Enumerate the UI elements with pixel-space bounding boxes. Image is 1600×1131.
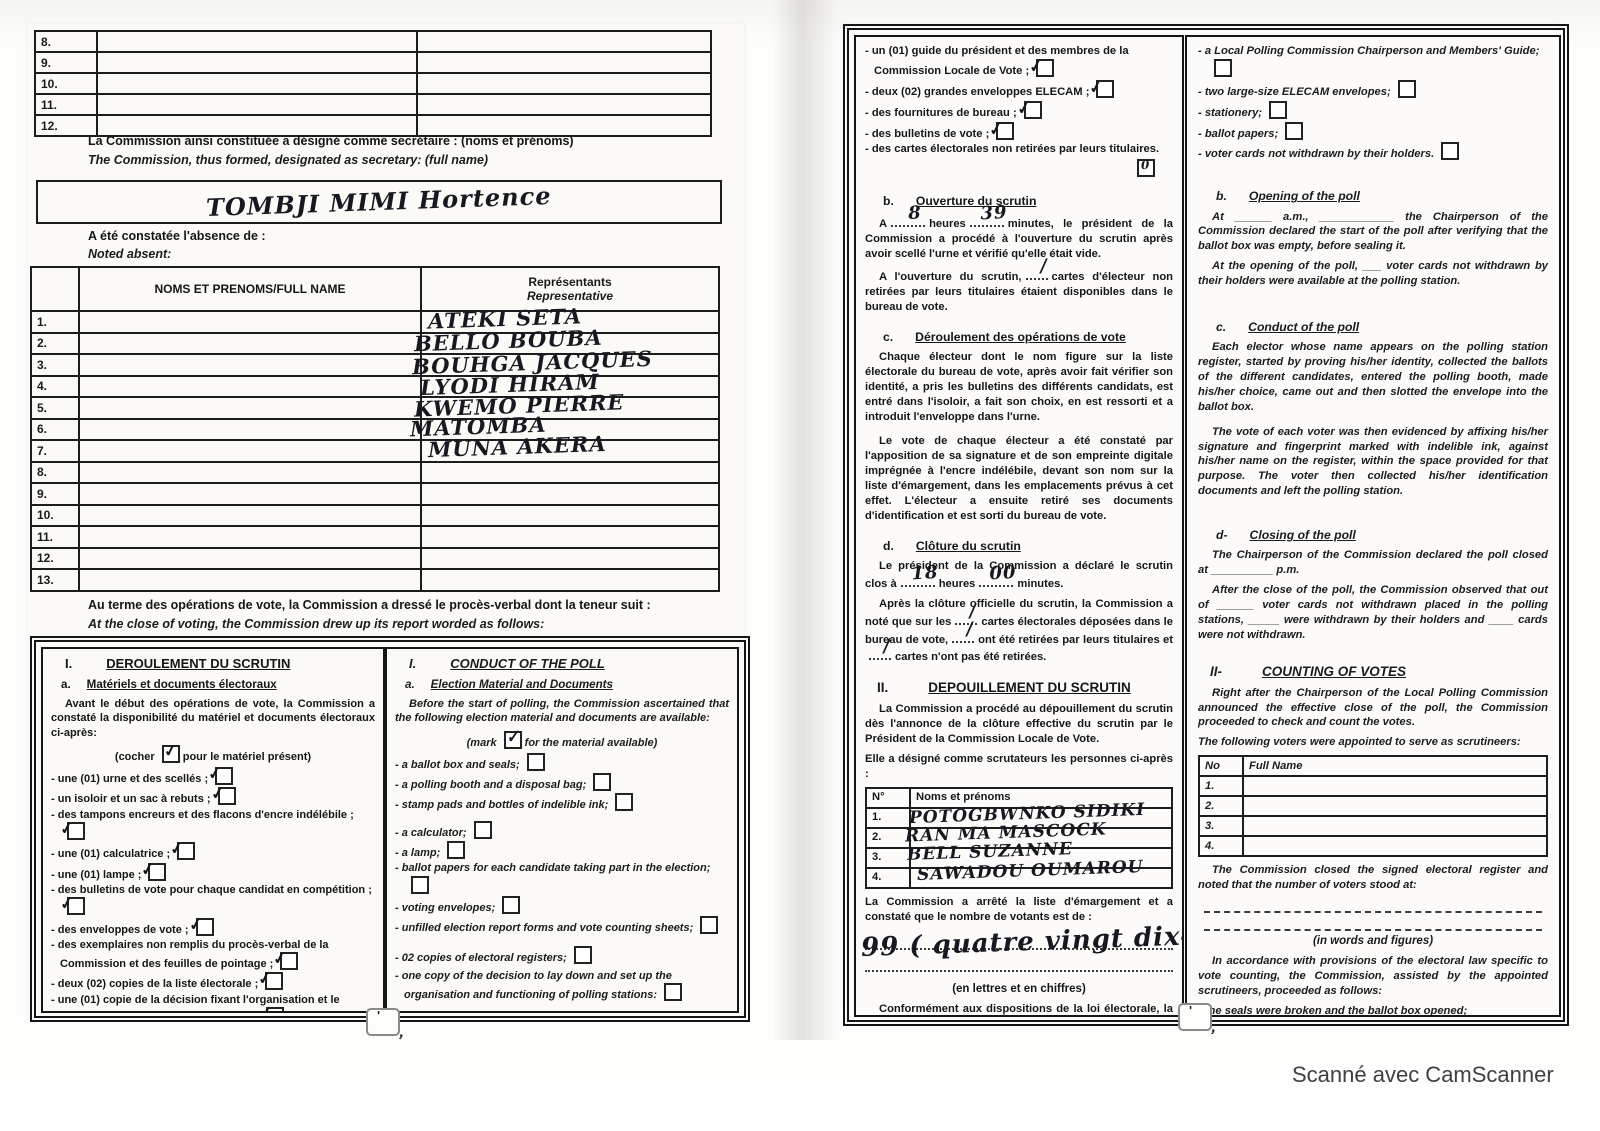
item-label: - voting envelopes; <box>395 902 495 914</box>
conduct-column-en: I. CONDUCT OF THE POLL a. Election Mater… <box>385 647 739 1013</box>
checkbox-empty-icon <box>664 983 682 1001</box>
checklist-item: - des cartes électorales non retirées pa… <box>865 142 1173 157</box>
row-number: 1. <box>31 311 79 333</box>
closing-paragraph2-en: After the close of the poll, the Commiss… <box>1198 583 1548 643</box>
check-mark-icon: ✓ <box>1097 76 1105 98</box>
text-segment: A <box>879 218 887 230</box>
handwritten-slash: ∕ <box>1025 255 1048 280</box>
checklist-item: - ballot papers for each candidate takin… <box>395 861 729 895</box>
empty-cell <box>417 52 711 73</box>
empty-cell <box>79 462 421 484</box>
empty-cell <box>79 505 421 527</box>
text-segment: ont été retirées par leurs titulaires et <box>978 634 1173 646</box>
opening-paragraph2-fr: A l'ouverture du scrutin,∕cartes d'élect… <box>865 267 1173 315</box>
table-row: 10. <box>35 73 711 94</box>
rep-cell <box>421 548 719 570</box>
checkbox-empty-icon <box>574 946 592 964</box>
item-label: - deux (02) copies de la liste électoral… <box>51 978 258 990</box>
conduct-of-poll-box: I. DEROULEMENT DU SCRUTIN a. Matériels e… <box>30 636 750 1022</box>
section-title: CONDUCT OF THE POLL <box>450 656 605 673</box>
counting-paragraph1-fr: La Commission a procédé au dépouillement… <box>865 702 1173 747</box>
opening-paragraph1-fr: A8heures39minutes, le président de la Co… <box>865 214 1173 262</box>
item-label: - une (01) urne et des scellés ; <box>51 773 208 785</box>
handwritten-slash: ∕ <box>869 635 892 660</box>
hours-blank: 8 <box>891 214 925 227</box>
table-row: 11. <box>31 526 719 548</box>
item-label: - stamp pads and bottles of indelible in… <box>395 799 608 811</box>
empty-cell <box>79 397 421 419</box>
check-mark-icon: ✓ <box>504 726 521 749</box>
cards-blank: ∕ <box>952 630 974 643</box>
mark-instruction-fr: (cocher✓ pour le matériel présent) <box>51 745 375 764</box>
empty-cell <box>79 526 421 548</box>
checkbox-checked-icon: ✓ <box>67 897 85 915</box>
checkbox-checked-icon: ✓ <box>196 918 214 936</box>
section-title: DEROULEMENT DU SCRUTIN <box>106 656 290 673</box>
item-label: - one copy of the decision to lay down a… <box>395 970 672 1001</box>
rep-cell <box>421 526 719 548</box>
check-mark-icon: ✓ <box>1024 96 1032 118</box>
checkbox-checked-icon: ✓ <box>218 787 236 805</box>
table-row: 9. <box>31 483 719 505</box>
row-number: 6. <box>31 419 79 441</box>
closing-paragraph2-fr: Après la clôture officielle du scrutin, … <box>865 597 1173 666</box>
stamp-mark-icon: , <box>1209 1019 1219 1037</box>
checklist-item: - un isoloir et un sac à rebuts ;✓ <box>51 787 375 806</box>
item-label: - stationery; <box>1198 107 1262 119</box>
empty-cell <box>417 31 711 52</box>
section-title: COUNTING OF VOTES <box>1262 663 1406 681</box>
rep-cell <box>421 483 719 505</box>
item-label: - une (01) copie de la décision fixant l… <box>51 994 340 1013</box>
subsection-title: Closing of the poll <box>1250 527 1356 543</box>
name-cell <box>1243 816 1547 836</box>
item-label: - deux (02) grandes enveloppes ELECAM ; <box>865 86 1089 98</box>
intro-paragraph-en: Before the start of polling, the Commiss… <box>395 697 729 726</box>
item-label: - 02 copies of electoral registers; <box>395 952 567 964</box>
table-row: 8. <box>31 462 719 484</box>
section-number: I. <box>409 656 416 673</box>
poll-report-box: - un (01) guide du président et des memb… <box>843 24 1569 1026</box>
checkbox-empty-icon <box>1285 122 1303 140</box>
subsection-letter: b. <box>1216 188 1227 204</box>
table-row: 1. <box>1199 776 1547 796</box>
page-left: 8. 9. 10. 11. 12. La Commission ainsi co… <box>28 24 744 1016</box>
table-row: 12. <box>35 115 711 136</box>
item-label: - des bulletins de vote ; <box>865 128 989 140</box>
item-label: - a lamp; <box>395 847 440 859</box>
secretary-name-handwritten: TOMBJI MIMI Hortence <box>206 181 552 222</box>
table-row: 2. <box>1199 796 1547 816</box>
item-label: - a ballot box and seals; <box>395 759 520 771</box>
in-words-caption-en: (in words and figures) <box>1198 934 1548 949</box>
item-label: - des bulletins de vote pour chaque cand… <box>51 884 372 896</box>
row-number: 11. <box>35 94 97 115</box>
scrutineers-table-wrap: N°Noms et prénoms 1. 2. 3. 4. POTOGBWNKO… <box>865 787 1173 889</box>
item-label: - une (01) lampe ; <box>51 869 141 881</box>
item-label: - voter cards not withdrawn by their hol… <box>1198 148 1434 160</box>
item-label: - des cartes électorales non retirées pa… <box>865 143 1159 155</box>
item-label: - two large-size ELECAM envelopes; <box>1198 86 1391 98</box>
checklist-item: - deux (02) grandes enveloppes ELECAM ;✓ <box>865 80 1173 100</box>
conduct-heading-fr: c. Déroulement des opérations de vote <box>883 329 1173 345</box>
report-column-fr: - un (01) guide du président et des memb… <box>854 35 1184 1017</box>
row-number: 1. <box>1199 776 1243 796</box>
checkbox-checked-icon: ✓ <box>265 972 283 990</box>
check-mark-icon: ✓ <box>281 948 289 969</box>
handwritten-minutes: 00 <box>975 561 1017 587</box>
row-number: 3. <box>1199 816 1243 836</box>
scanned-document: 8. 9. 10. 11. 12. La Commission ainsi co… <box>0 0 1600 1131</box>
row-number: 8. <box>35 31 97 52</box>
table-row: 11. <box>35 94 711 115</box>
checklist-item: - a lamp; <box>395 841 729 860</box>
row-number: 4. <box>31 376 79 398</box>
checklist-item: - des bulletins de vote ;✓ <box>865 122 1173 142</box>
empty-cell <box>97 31 417 52</box>
scrutineers-table-en: NoFull Name 1. 2. 3. 4. <box>1198 755 1548 857</box>
checkbox-empty-icon <box>1398 80 1416 98</box>
empty-cell <box>79 548 421 570</box>
row-number: 7. <box>31 440 79 462</box>
checklist-item: - ballot papers; <box>1198 122 1548 142</box>
checklist-item: - one copy of the decision to lay down a… <box>395 969 729 1003</box>
checkbox-checked-icon: ✓ <box>1024 101 1042 119</box>
checklist-item: - des fournitures de bureau ;✓ <box>865 101 1173 121</box>
checklist-item: - des bulletins de vote pour chaque cand… <box>51 883 375 917</box>
row-number: 13. <box>31 569 79 591</box>
voter-cards-checkbox-row: 0 <box>865 159 1155 179</box>
checkbox-checked-icon: ✓ <box>148 863 166 881</box>
empty-cell <box>79 419 421 441</box>
row-number: 3. <box>31 354 79 376</box>
rep-cell <box>421 505 719 527</box>
counting-paragraph2-fr: Elle a désigné comme scrutateurs les per… <box>865 752 1173 782</box>
empty-cell <box>79 376 421 398</box>
checkbox-checked-icon: ✓ <box>996 122 1014 140</box>
checkbox-checked-icon: ✓ <box>1096 80 1114 98</box>
seals-bullet-en: - the seals were broken and the ballot b… <box>1198 1004 1548 1017</box>
col-header-number: No <box>1199 756 1243 776</box>
checklist-item: - a calculator; <box>395 821 729 840</box>
stamp-mark-icon: , <box>397 1024 407 1042</box>
empty-cell <box>417 73 711 94</box>
checkbox-empty-icon <box>411 876 429 894</box>
checkbox-empty-icon <box>474 821 492 839</box>
checkbox-empty-icon <box>1441 142 1459 160</box>
camscanner-watermark: Scanné avec CamScanner <box>1292 1062 1554 1088</box>
subsection-heading-en: a. Election Material and Documents <box>405 677 729 692</box>
subsection-title: Election Material and Documents <box>431 677 613 692</box>
col-header-label: NOMS ET PRENOMS/FULL NAME <box>154 282 345 296</box>
minutes-blank: 39 <box>970 214 1004 227</box>
table-row: 10. <box>31 505 719 527</box>
subsection-letter: c. <box>1216 319 1226 335</box>
checklist-item: - stamp pads and bottles of indelible in… <box>395 793 729 812</box>
checkbox-empty-icon <box>700 916 718 934</box>
check-mark-icon: ✓ <box>215 763 223 784</box>
cards-blank: ∕ <box>1026 267 1048 280</box>
mark-instruction-en: (mark✓ for the material available) <box>395 731 729 750</box>
empty-cell <box>417 94 711 115</box>
column-header-names: NOMS ET PRENOMS/FULL NAME <box>79 267 421 311</box>
table-row: 13. <box>31 569 719 591</box>
empty-cell <box>79 569 421 591</box>
handwritten-slash: ∕ <box>952 617 975 642</box>
close-of-voting-en: At the close of voting, the Commission d… <box>88 617 544 631</box>
table-row: 1. <box>31 311 719 333</box>
empty-cell <box>31 267 79 311</box>
commission-members-table-continued: 8. 9. 10. 11. 12. <box>34 30 712 137</box>
conduct-paragraph2-en: The vote of each voter was then evidence… <box>1198 425 1548 499</box>
voters-count-blank: 99 ( quatre vingt dix-neuf <box>865 930 1173 980</box>
item-label: - a polling booth and a disposal bag; <box>395 779 586 791</box>
empty-cell <box>97 94 417 115</box>
handwritten-hour: 18 <box>897 561 939 587</box>
subsection-letter: d- <box>1216 527 1228 543</box>
checkbox-checked-icon: ✓ <box>280 952 298 970</box>
handwritten-hour: 8 <box>894 202 923 227</box>
counting-paragraph2-en: The following voters were appointed to s… <box>1198 735 1548 750</box>
checklist-item: - voting envelopes; <box>395 896 729 915</box>
absent-members-table-wrap: NOMS ET PRENOMS/FULL NAME Représentants … <box>30 266 720 592</box>
secretary-name-box: TOMBJI MIMI Hortence <box>36 180 722 224</box>
dashed-answer-line <box>1204 898 1542 913</box>
dotted-line <box>865 970 1173 972</box>
text-segment: cartes n'ont pas été retirées. <box>895 651 1046 663</box>
item-label: - unfilled election report forms and vot… <box>395 922 693 934</box>
item-label: - ballot papers; <box>1198 128 1278 140</box>
item-label: - un isoloir et un sac à rebuts ; <box>51 793 211 805</box>
empty-cell <box>79 333 421 355</box>
secretary-label-en: The Commission, thus formed, designated … <box>88 153 488 167</box>
text-segment: heures <box>939 578 976 590</box>
conduct-column-fr: I. DEROULEMENT DU SCRUTIN a. Matériels e… <box>41 647 385 1013</box>
handwritten-minutes: 39 <box>966 201 1008 227</box>
page-corner-stamp: ' , <box>1178 1003 1212 1031</box>
counting-heading-en: II- COUNTING OF VOTES <box>1210 663 1548 681</box>
text-segment: minutes. <box>1017 578 1063 590</box>
conduct-paragraph1-fr: Chaque électeur dont le nom figure sur l… <box>865 350 1173 424</box>
conduct-paragraph2-fr: Le vote de chaque électeur a été constat… <box>865 434 1173 523</box>
cards-blank: ∕ <box>869 647 891 660</box>
subsection-letter: d. <box>883 538 894 554</box>
item-label: - a calculator; <box>395 827 467 839</box>
checklist-item: - une (01) lampe ;✓ <box>51 863 375 882</box>
item-label: - des tampons encreurs et des flacons d'… <box>51 809 354 821</box>
col-header-en: Representative <box>427 289 713 303</box>
checklist-item: - des exemplaires non remplis du procès-… <box>51 938 375 972</box>
check-mark-icon: ✓ <box>997 117 1005 139</box>
mark-pre: (cocher <box>115 751 155 763</box>
empty-cell <box>79 483 421 505</box>
checkbox-empty-icon <box>502 896 520 914</box>
subsection-title: Conduct of the poll <box>1248 319 1359 335</box>
table-row: 7. <box>31 440 719 462</box>
checkbox-empty-icon <box>1214 59 1232 77</box>
row-number: 10. <box>35 73 97 94</box>
voters-count-paragraph-en: The Commission closed the signed elector… <box>1198 863 1548 893</box>
mark-post: for the material available) <box>525 737 658 749</box>
subsection-letter: c. <box>883 329 893 345</box>
checkbox-empty-icon <box>593 773 611 791</box>
name-cell <box>1243 796 1547 816</box>
row-number: 4. <box>866 868 910 888</box>
name-cell <box>1243 776 1547 796</box>
check-mark-icon: ✓ <box>67 893 75 914</box>
page-right: - un (01) guide du président et des memb… <box>843 24 1559 1016</box>
in-words-caption-fr: (en lettres et en chiffres) <box>865 982 1173 997</box>
checklist-item: - voter cards not withdrawn by their hol… <box>1198 142 1548 162</box>
row-number: 5. <box>31 397 79 419</box>
section-number: II- <box>1210 663 1222 681</box>
opening-heading-en: b. Opening of the poll <box>1216 188 1548 204</box>
col-header-names: Full Name <box>1243 756 1547 776</box>
subsection-letter: a. <box>405 677 415 692</box>
minutes-blank: 00 <box>979 574 1013 587</box>
row-number: 12. <box>35 115 97 136</box>
check-mark-icon: ✓ <box>1036 55 1044 77</box>
text-segment: A l'ouverture du scrutin, <box>879 271 1022 283</box>
empty-cell <box>417 115 711 136</box>
item-label: - a Local Polling Commission Chairperson… <box>1198 45 1539 57</box>
check-mark-icon: ✓ <box>162 740 179 763</box>
mark-post: pour le matériel présent) <box>183 751 311 763</box>
subsection-title: Déroulement des opérations de vote <box>915 329 1126 345</box>
row-number: 12. <box>31 548 79 570</box>
rep-cell <box>421 569 719 591</box>
checklist-item: - stationery; <box>1198 101 1548 121</box>
voters-count-paragraph-fr: La Commission a arrêté la liste d'émarge… <box>865 895 1173 925</box>
header-row: NoFull Name <box>1199 756 1547 776</box>
subsection-letter: a. <box>61 677 71 692</box>
checkbox-empty-icon <box>1269 101 1287 119</box>
item-label: - ballot papers for each candidate takin… <box>395 862 710 874</box>
checklist-item: - a ballot box and seals; <box>395 753 729 772</box>
row-number: 10. <box>31 505 79 527</box>
section-heading-fr: I. DEROULEMENT DU SCRUTIN <box>65 656 375 673</box>
intro-paragraph-fr: Avant le début des opérations de vote, l… <box>51 697 375 740</box>
col-header-number: N° <box>866 788 910 808</box>
table-row: 12. <box>31 548 719 570</box>
checkbox-checked-icon: ✓ <box>162 745 180 763</box>
close-of-voting-fr: Au terme des opérations de vote, la Comm… <box>88 598 651 612</box>
handwritten-mark: 0 <box>1141 158 1151 174</box>
table-row: 6. <box>31 419 719 441</box>
row-number: 8. <box>31 462 79 484</box>
checkbox-checked-icon: ✓ <box>67 822 85 840</box>
subsection-heading-fr: a. Matériels et documents électoraux <box>61 677 375 692</box>
checklist-item: - deux (02) copies de la liste électoral… <box>51 972 375 991</box>
conduct-heading-en: c. Conduct of the poll <box>1216 319 1548 335</box>
absent-members-table: NOMS ET PRENOMS/FULL NAME Représentants … <box>30 266 720 592</box>
closing-paragraph1-fr: Le président de la Commission a déclaré … <box>865 559 1173 592</box>
checkbox-checked-icon: ✓ <box>177 842 195 860</box>
checklist-item: - une (01) calculatrice ;✓ <box>51 842 375 861</box>
checklist-item: - un (01) guide du président et des memb… <box>865 44 1173 79</box>
text-segment: heures <box>929 218 966 230</box>
checklist-item: - des tampons encreurs et des flacons d'… <box>51 808 375 842</box>
closing-paragraph1-en: The Chairperson of the Commission declar… <box>1198 548 1548 578</box>
empty-cell <box>97 115 417 136</box>
subsection-title: Clôture du scrutin <box>916 538 1021 554</box>
mark-pre: (mark <box>467 737 497 749</box>
item-label: - un (01) guide du président et des memb… <box>865 45 1129 77</box>
stamp-mark-icon: ' <box>377 1008 380 1023</box>
row-number: 11. <box>31 526 79 548</box>
checklist-item: - 02 copies of electoral registers; <box>395 946 729 965</box>
section-number: I. <box>65 656 72 673</box>
checkbox-empty-icon <box>447 841 465 859</box>
subsection-letter: b. <box>883 193 894 209</box>
absent-label-en: Noted absent: <box>88 247 171 261</box>
hours-blank: 18 <box>901 574 935 587</box>
empty-cell <box>79 311 421 333</box>
item-label: - des enveloppes de vote ; <box>51 924 189 936</box>
counting-procedure-paragraph-fr: Conformément aux dispositions de la loi … <box>865 1002 1173 1017</box>
absent-label-fr: A été constatée l'absence de : <box>88 229 266 243</box>
subsection-title: Opening of the poll <box>1249 188 1360 204</box>
checkbox-checked-icon: ✓ <box>266 1007 284 1013</box>
item-label: - des fournitures de bureau ; <box>865 107 1017 119</box>
section-heading-en: I. CONDUCT OF THE POLL <box>409 656 729 673</box>
col-header-fr: Représentants <box>427 275 713 289</box>
checkbox-checked-icon: ✓ <box>504 731 522 749</box>
opening-heading-fr: b. Ouverture du scrutin <box>883 193 1173 209</box>
empty-cell <box>97 73 417 94</box>
checklist-item: - a Local Polling Commission Chairperson… <box>1198 44 1548 79</box>
checkbox-with-handwritten-zero: 0 <box>1137 159 1155 177</box>
table-row: 4. <box>1199 836 1547 856</box>
name-cell <box>1243 836 1547 856</box>
table-row: 3. <box>1199 816 1547 836</box>
row-number: 2. <box>1199 796 1243 816</box>
stamp-mark-icon: ' <box>1189 1003 1192 1018</box>
closing-heading-fr: d. Clôture du scrutin <box>883 538 1173 554</box>
counting-procedure-paragraph-en: In accordance with provisions of the ele… <box>1198 954 1548 999</box>
checklist-item: - unfilled election report forms and vot… <box>395 916 729 935</box>
checklist-item: - une (01) copie de la décision fixant l… <box>51 993 375 1013</box>
row-number: 1. <box>866 808 910 828</box>
table-row: 8. <box>35 31 711 52</box>
row-number: 3. <box>866 848 910 868</box>
opening-paragraph1-en: At ______ a.m., ____________ the Chairpe… <box>1198 210 1548 255</box>
empty-cell <box>79 440 421 462</box>
dashed-answer-line <box>1204 916 1542 931</box>
checkbox-checked-icon: ✓ <box>1036 59 1054 77</box>
rep-cell <box>421 462 719 484</box>
row-number: 9. <box>31 483 79 505</box>
report-column-en: - a Local Polling Commission Chairperson… <box>1185 35 1561 1017</box>
row-number: 9. <box>35 52 97 73</box>
section-title: DEPOUILLEMENT DU SCRUTIN <box>928 679 1131 697</box>
row-number: 4. <box>1199 836 1243 856</box>
table-row: 9. <box>35 52 711 73</box>
checkbox-empty-icon <box>527 753 545 771</box>
row-number: 2. <box>866 828 910 848</box>
checklist-item: - des enveloppes de vote ;✓ <box>51 918 375 937</box>
closing-heading-en: d- Closing of the poll <box>1216 527 1548 543</box>
empty-cell <box>79 354 421 376</box>
counting-heading-fr: II. DEPOUILLEMENT DU SCRUTIN <box>877 679 1173 697</box>
checklist-item: - two large-size ELECAM envelopes; <box>1198 80 1548 100</box>
header-row: NOMS ET PRENOMS/FULL NAME Représentants … <box>31 267 719 311</box>
checkbox-empty-icon <box>615 793 633 811</box>
counting-paragraph1-en: Right after the Chairperson of the Local… <box>1198 686 1548 731</box>
section-number: II. <box>877 679 888 697</box>
checklist-item: - a polling booth and a disposal bag; <box>395 773 729 792</box>
page-corner-stamp: ' , <box>366 1008 400 1036</box>
